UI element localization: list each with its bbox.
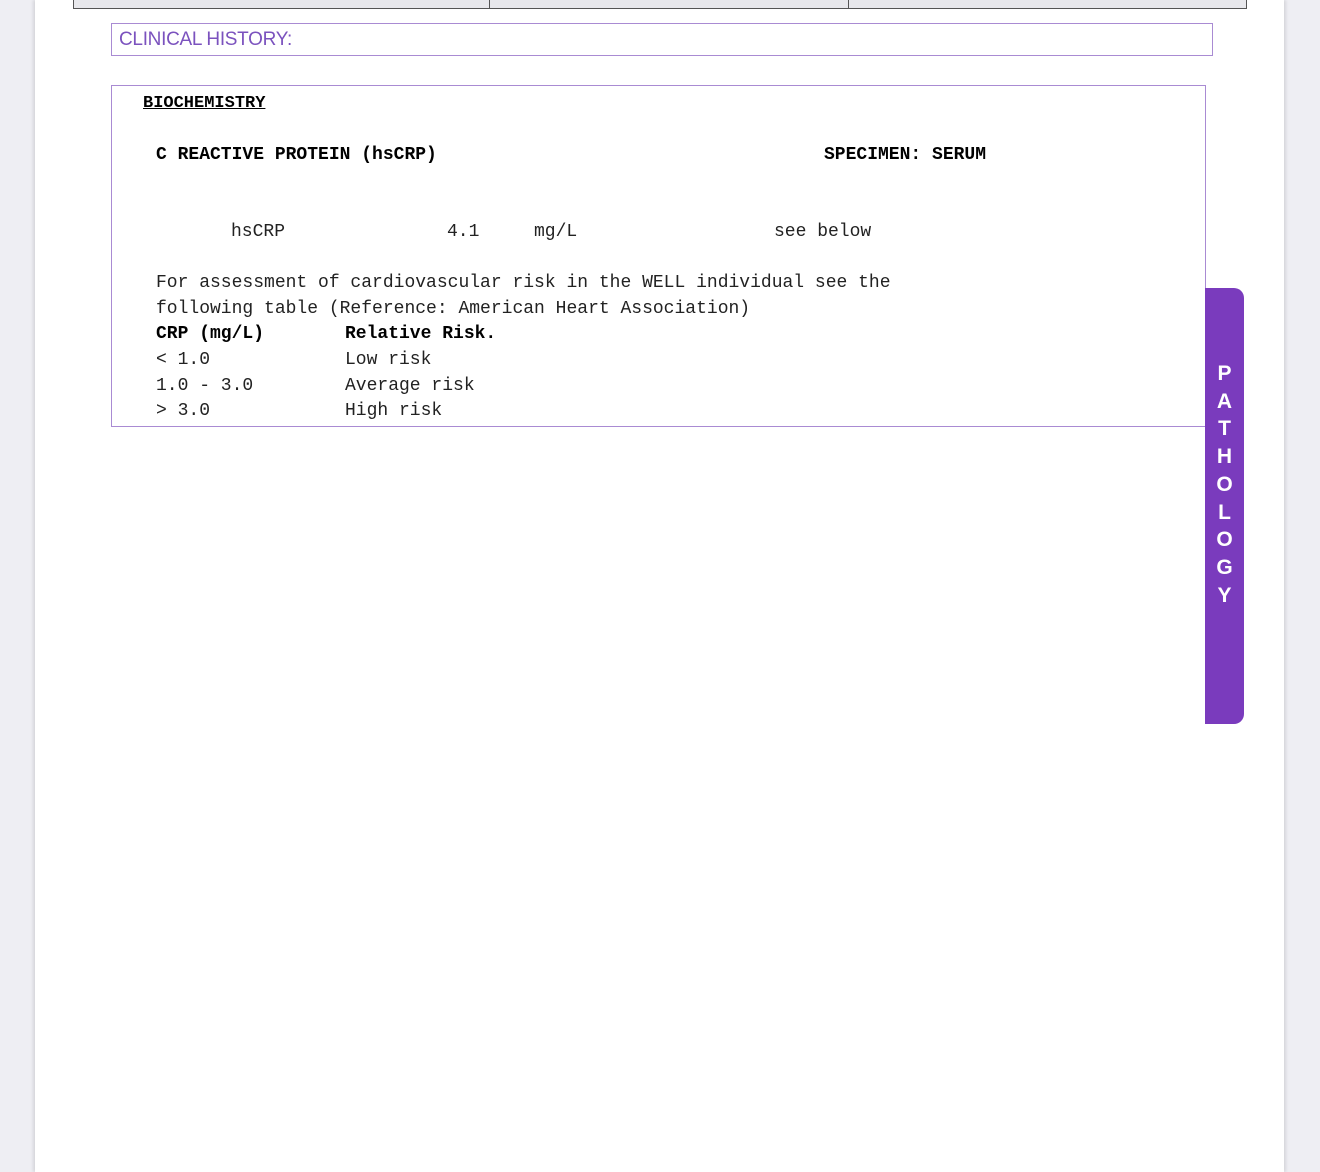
tab-letter: L [1218, 499, 1231, 527]
risk-table-header-crp: CRP (mg/L) [156, 324, 264, 344]
interpretation-note-line: For assessment of cardiovascular risk in… [156, 273, 891, 293]
biochemistry-report-box: BIOCHEMISTRY C REACTIVE PROTEIN (hsCRP) … [111, 85, 1206, 427]
header-table-cell [490, 0, 849, 8]
risk-level: High risk [345, 401, 442, 421]
risk-range: > 3.0 [156, 401, 210, 421]
header-table-bottom-edge [73, 0, 1247, 9]
risk-table-row: < 1.0 Low risk [156, 350, 656, 376]
tab-letter: Y [1217, 582, 1231, 610]
tab-letter: P [1217, 360, 1231, 388]
risk-table-row: > 3.0 High risk [156, 401, 656, 427]
risk-level: Average risk [345, 376, 475, 396]
specimen-type: SPECIMEN: SERUM [824, 145, 986, 165]
section-title: BIOCHEMISTRY [143, 94, 265, 113]
risk-range: 1.0 - 3.0 [156, 376, 253, 396]
report-page: CLINICAL HISTORY: BIOCHEMISTRY C REACTIV… [35, 0, 1284, 1172]
tab-letter: O [1216, 471, 1232, 499]
result-reference: see below [774, 222, 871, 242]
header-table-cell [74, 0, 490, 8]
result-analyte: hsCRP [231, 222, 285, 242]
interpretation-note-line: following table (Reference: American Hea… [156, 299, 750, 319]
header-table-cell [849, 0, 1246, 8]
risk-range: < 1.0 [156, 350, 210, 370]
tab-letter: T [1218, 415, 1231, 443]
pathology-tab-label: PATHOLOGY [1205, 360, 1244, 609]
risk-table-row: 1.0 - 3.0 Average risk [156, 376, 656, 402]
clinical-history-label: CLINICAL HISTORY: [119, 29, 292, 50]
tab-letter: G [1216, 554, 1232, 582]
risk-table-header-risk: Relative Risk. [345, 324, 496, 344]
clinical-history-box: CLINICAL HISTORY: [111, 23, 1213, 56]
tab-letter: A [1217, 388, 1232, 416]
result-value: 4.1 [447, 222, 479, 242]
test-name: C REACTIVE PROTEIN (hsCRP) [156, 145, 437, 165]
tab-letter: H [1217, 443, 1232, 471]
tab-letter: O [1216, 526, 1232, 554]
pathology-side-tab: PATHOLOGY [1205, 288, 1244, 724]
result-unit: mg/L [534, 222, 577, 242]
risk-level: Low risk [345, 350, 431, 370]
